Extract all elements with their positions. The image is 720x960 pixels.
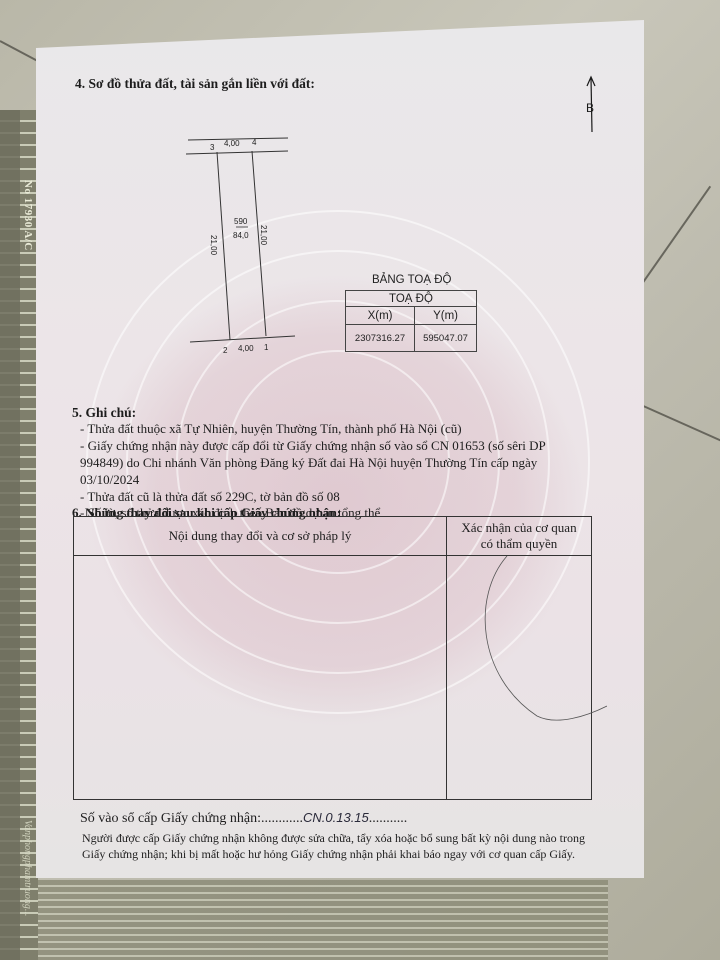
note-line: - Giấy chứng nhận này được cấp đổi từ Gi…: [80, 437, 546, 454]
floor-seam: [632, 400, 720, 443]
warning-line: Người được cấp Giấy chứng nhận không đượ…: [82, 830, 622, 846]
note-line: - Thửa đất cũ là thửa đất số 229C, tờ bả…: [80, 488, 340, 505]
section4-heading: 4. Sơ đồ thửa đất, tài sản gắn liền với …: [75, 76, 315, 92]
authority-header-line: có thẩm quyền: [481, 536, 558, 551]
note-line: 03/10/2024: [80, 471, 139, 488]
coordinate-group-header: TOẠ ĐỘ: [346, 291, 477, 307]
coordinate-y-value: 595047.07: [415, 325, 477, 352]
north-arrow-icon: B: [583, 74, 599, 134]
section5-heading: 5. Ghi chú:: [72, 405, 136, 421]
cover-serial-number: No 17930 A/C: [4, 180, 34, 251]
svg-text:4,00: 4,00: [224, 139, 240, 148]
coordinate-table: TOẠ ĐỘ X(m) Y(m) 2307316.27 595047.07: [345, 290, 477, 352]
note-line: 994849) do Chi nhánh Văn phòng Đăng ký Đ…: [80, 454, 537, 471]
svg-text:1: 1: [264, 343, 269, 352]
table-row: [74, 556, 592, 800]
note-line: - Thửa đất thuộc xã Tự Nhiên, huyện Thườ…: [80, 420, 462, 437]
changes-table: Nội dung thay đổi và cơ sở pháp lý Xác n…: [73, 516, 592, 800]
change-content-cell: [74, 556, 447, 800]
svg-text:590: 590: [234, 217, 248, 226]
parcel-sketch: 3 4,00 4 590 84,0 21,00 21,00 2 4,00 1: [180, 130, 310, 360]
registration-leader: ...........: [369, 811, 408, 826]
certificate-cover-bottom: [38, 880, 608, 960]
cover-bottom-text: Vanphongphamtruong...: [22, 820, 33, 916]
authority-header-line: Xác nhận của cơ quan: [461, 520, 576, 535]
column-header-y: Y(m): [415, 307, 477, 325]
svg-text:84,0: 84,0: [233, 231, 249, 240]
authority-confirmation-cell: [447, 556, 592, 800]
coordinate-x-value: 2307316.27: [346, 325, 415, 352]
coordinate-table-title: BẢNG TOẠ ĐỘ: [372, 274, 451, 286]
registration-leader: ............: [261, 811, 303, 826]
table-row: 2307316.27 595047.07: [346, 325, 477, 352]
column-header-x: X(m): [346, 307, 415, 325]
column-header-authority-confirmation: Xác nhận của cơ quan có thẩm quyền: [447, 517, 592, 556]
svg-text:4,00: 4,00: [238, 344, 254, 353]
svg-text:21,00: 21,00: [259, 225, 268, 246]
svg-text:21,00: 21,00: [209, 235, 218, 256]
svg-text:2: 2: [223, 346, 228, 355]
column-header-change-content: Nội dung thay đổi và cơ sở pháp lý: [74, 517, 447, 556]
registration-number: CN.0.13.15: [303, 810, 369, 825]
registration-line: Số vào sổ cấp Giấy chứng nhận:..........…: [80, 810, 407, 827]
svg-text:B: B: [586, 101, 594, 115]
registration-label: Số vào sổ cấp Giấy chứng nhận:: [80, 811, 261, 826]
svg-text:4: 4: [252, 138, 257, 147]
warning-line: Giấy chứng nhận; khi bị mất hoặc hư hỏng…: [82, 846, 622, 862]
pen-mark: [477, 556, 607, 726]
warning-notice: Người được cấp Giấy chứng nhận không đượ…: [82, 830, 622, 862]
svg-text:3: 3: [210, 143, 215, 152]
